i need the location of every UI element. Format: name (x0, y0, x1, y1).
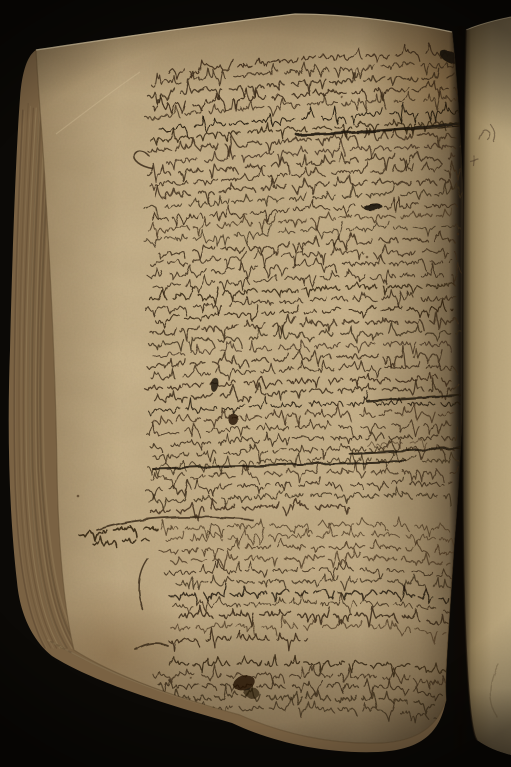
manuscript-photo (0, 0, 511, 767)
photo-canvas (0, 0, 511, 767)
vignette (0, 0, 511, 767)
